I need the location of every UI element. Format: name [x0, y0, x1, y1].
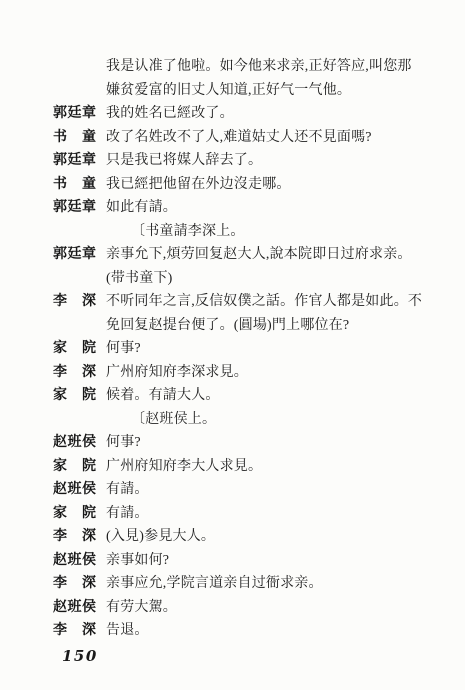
- speaker-name: 书童: [53, 173, 96, 197]
- line-text: 不听同年之言,反信奴僕之話。作官人都是如此。不: [106, 290, 422, 314]
- speaker-name-char: 深: [82, 290, 96, 314]
- book-page: 我是认准了他啦。如今他来求亲,正好答应,叫您那 嫌贫爱富的旧丈人知道,正好气一气…: [0, 0, 465, 690]
- script-line: 〔书童請李深上。: [0, 220, 465, 244]
- speaker-name: 郭廷章: [53, 196, 96, 220]
- speaker-name-char: 李: [53, 619, 67, 643]
- script-line: 家院 广州府知府李大人求見。: [0, 455, 465, 479]
- speaker-name: 郭廷章: [53, 243, 96, 267]
- script-line: 赵班侯 亲事如何?: [0, 549, 465, 573]
- speaker-name-char: 深: [82, 572, 96, 596]
- speaker-name-char: 赵: [53, 549, 67, 573]
- speaker-name-char: 院: [82, 384, 96, 408]
- line-text: 候着。有請大人。: [106, 384, 220, 408]
- speaker-name-char: 赵: [53, 596, 67, 620]
- line-text: 有請。: [106, 502, 149, 526]
- speaker-name-char: 班: [68, 431, 82, 455]
- speaker-name: 赵班侯: [53, 431, 96, 455]
- script-line: 〔赵班侯上。: [0, 408, 465, 432]
- line-text: 改了名姓改不了人,难道姑丈人还不見面嗎?: [106, 126, 372, 150]
- speaker-name-char: 侯: [82, 549, 96, 573]
- speaker-name-char: 廷: [68, 243, 82, 267]
- speaker-name-char: 章: [82, 196, 96, 220]
- script-line: 书童 我已經把他留在外边沒走哪。: [0, 173, 465, 197]
- speaker-name-char: 赵: [53, 431, 67, 455]
- line-text: 只是我已将媒人辞去了。: [106, 149, 262, 173]
- stage-direction: 〔赵班侯上。: [131, 408, 216, 432]
- speaker-name: 书童: [53, 126, 96, 150]
- speaker-name-char: 班: [68, 549, 82, 573]
- script-line: 郭廷章 只是我已将媒人辞去了。: [0, 149, 465, 173]
- speaker-name-char: 侯: [82, 478, 96, 502]
- script-line: 郭廷章 如此有請。: [0, 196, 465, 220]
- script-text-block: 我是认准了他啦。如今他来求亲,正好答应,叫您那 嫌贫爱富的旧丈人知道,正好气一气…: [0, 0, 465, 643]
- speaker-name-char: 李: [53, 361, 67, 385]
- speaker-name: 李深: [53, 619, 96, 643]
- speaker-name-char: 童: [82, 126, 96, 150]
- script-line: 赵班侯 有請。: [0, 478, 465, 502]
- speaker-name: 家院: [53, 384, 96, 408]
- line-text: 如此有請。: [106, 196, 177, 220]
- line-text: 我是认准了他啦。如今他来求亲,正好答应,叫您那: [106, 55, 412, 79]
- line-text: (带书童下): [106, 267, 173, 291]
- line-text: 广州府知府李大人求見。: [106, 455, 262, 479]
- script-line: 郭廷章 我的姓名已經改了。: [0, 102, 465, 126]
- speaker-name: 赵班侯: [53, 549, 96, 573]
- speaker-name-char: 书: [53, 173, 67, 197]
- speaker-name: 家院: [53, 455, 96, 479]
- speaker-name-char: 深: [82, 361, 96, 385]
- line-text: 有劳大駕。: [106, 596, 177, 620]
- script-line: (带书童下): [0, 267, 465, 291]
- speaker-name: 李深: [53, 572, 96, 596]
- speaker-name-char: 郭: [53, 243, 67, 267]
- speaker-name-char: 章: [82, 102, 96, 126]
- speaker-name: 李深: [53, 525, 96, 549]
- script-line: 赵班侯 何事?: [0, 431, 465, 455]
- speaker-name-char: 深: [82, 619, 96, 643]
- speaker-name-char: 童: [82, 173, 96, 197]
- speaker-name: 郭廷章: [53, 102, 96, 126]
- speaker-name: 李深: [53, 361, 96, 385]
- speaker-name-char: 侯: [82, 596, 96, 620]
- line-text: 告退。: [106, 619, 149, 643]
- line-text: 我的姓名已經改了。: [106, 102, 234, 126]
- script-line: 家院 何事?: [0, 337, 465, 361]
- speaker-name-char: 廷: [68, 149, 82, 173]
- speaker-name-char: 李: [53, 525, 67, 549]
- script-line: 赵班侯 有劳大駕。: [0, 596, 465, 620]
- speaker-name: 赵班侯: [53, 478, 96, 502]
- speaker-name-char: 郭: [53, 102, 67, 126]
- speaker-name-char: 院: [82, 455, 96, 479]
- speaker-name-char: 郭: [53, 196, 67, 220]
- line-text: 亲事应允,学院言道亲自过衙求亲。: [106, 572, 323, 596]
- speaker-name-char: 赵: [53, 478, 67, 502]
- speaker-name-char: 侯: [82, 431, 96, 455]
- script-line: 郭廷章 亲事允下,煩劳回复赵大人,說本院即日过府求亲。: [0, 243, 465, 267]
- line-text: 我已經把他留在外边沒走哪。: [106, 173, 291, 197]
- line-text: (入見)参見大人。: [106, 525, 215, 549]
- speaker-name: 赵班侯: [53, 596, 96, 620]
- script-line: 家院 候着。有請大人。: [0, 384, 465, 408]
- script-line: 我是认准了他啦。如今他来求亲,正好答应,叫您那: [0, 55, 465, 79]
- speaker-name-char: 书: [53, 126, 67, 150]
- speaker-name-char: 院: [82, 337, 96, 361]
- script-line: 李深 (入見)参見大人。: [0, 525, 465, 549]
- speaker-name-char: 章: [82, 149, 96, 173]
- script-line: 李深 广州府知府李深求見。: [0, 361, 465, 385]
- script-line: 嫌贫爱富的旧丈人知道,正好气一气他。: [0, 79, 465, 103]
- script-line: 书童 改了名姓改不了人,难道姑丈人还不見面嗎?: [0, 126, 465, 150]
- speaker-name: 家院: [53, 502, 96, 526]
- speaker-name-char: 章: [82, 243, 96, 267]
- stage-direction: 〔书童請李深上。: [131, 220, 245, 244]
- page-number: 150: [62, 647, 465, 665]
- script-line: 免回复赵提台便了。(圓場)門上哪位在?: [0, 314, 465, 338]
- speaker-name-char: 廷: [68, 102, 82, 126]
- speaker-name-char: 院: [82, 502, 96, 526]
- speaker-name-char: 李: [53, 290, 67, 314]
- speaker-name-char: 家: [53, 337, 67, 361]
- speaker-name: 郭廷章: [53, 149, 96, 173]
- script-line: 家院 有請。: [0, 502, 465, 526]
- speaker-name-char: 郭: [53, 149, 67, 173]
- speaker-name-char: 李: [53, 572, 67, 596]
- speaker-name-char: 家: [53, 455, 67, 479]
- line-text: 广州府知府李深求見。: [106, 361, 248, 385]
- speaker-name-char: 廷: [68, 196, 82, 220]
- line-text: 亲事允下,煩劳回复赵大人,說本院即日过府求亲。: [106, 243, 412, 267]
- line-text: 何事?: [106, 337, 141, 361]
- speaker-name-char: 深: [82, 525, 96, 549]
- speaker-name-char: 家: [53, 384, 67, 408]
- line-text: 亲事如何?: [106, 549, 169, 573]
- script-line: 李深 告退。: [0, 619, 465, 643]
- speaker-name: 李深: [53, 290, 96, 314]
- speaker-name: 家院: [53, 337, 96, 361]
- line-text: 免回复赵提台便了。(圓場)門上哪位在?: [106, 314, 349, 338]
- speaker-name-char: 家: [53, 502, 67, 526]
- speaker-name-char: 班: [68, 596, 82, 620]
- line-text: 何事?: [106, 431, 141, 455]
- line-text: 有請。: [106, 478, 149, 502]
- line-text: 嫌贫爱富的旧丈人知道,正好气一气他。: [106, 79, 351, 103]
- script-line: 李深 亲事应允,学院言道亲自过衙求亲。: [0, 572, 465, 596]
- script-line: 李深 不听同年之言,反信奴僕之話。作官人都是如此。不: [0, 290, 465, 314]
- speaker-name-char: 班: [68, 478, 82, 502]
